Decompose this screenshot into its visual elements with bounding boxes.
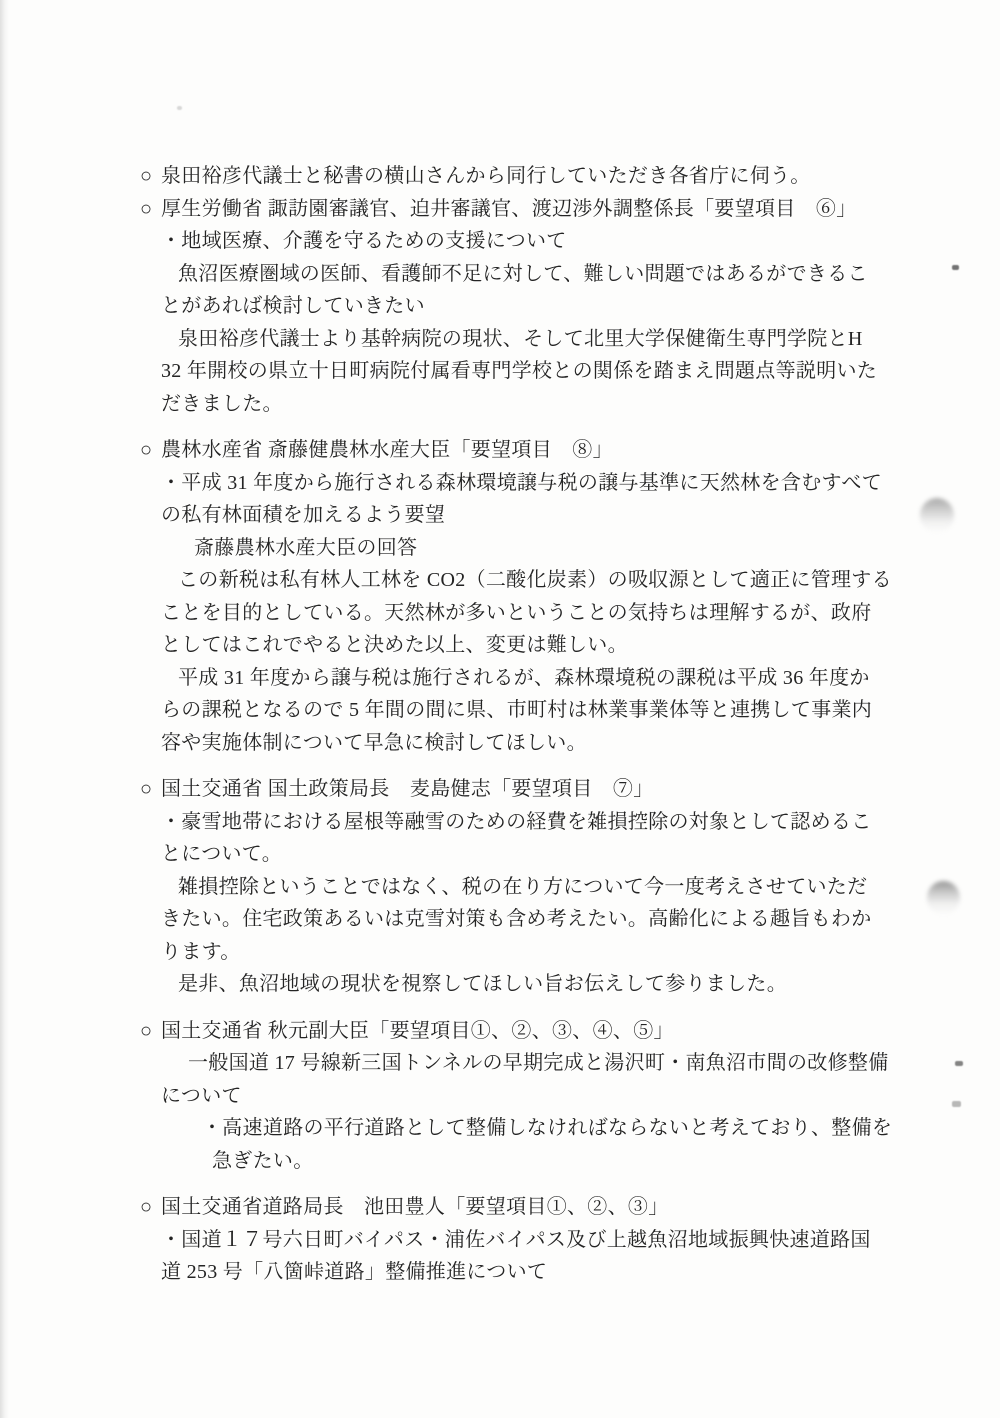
- line-text: 平成 31 年度から譲与税は施行されるが、森林環境税の課税は平成 36 年度か: [178, 667, 870, 689]
- line-text: らの課税となるので 5 年間の間に県、市町村は林業事業体等と連携して事業内: [161, 699, 872, 721]
- line-text: 魚沼医療圏域の医師、看護師不足に対して、難しい問題ではあるができるこ: [178, 263, 868, 285]
- text-line: ことを目的としている。天然林が多いということの気持ちは理解するが、政府: [0, 597, 1000, 630]
- line-text: 泉田裕彦代議士と秘書の横山さんから同行していただき各省庁に伺う。: [161, 165, 811, 187]
- text-line: ・平成 31 年度から施行される森林環境譲与税の譲与基準に天然林を含むすべて: [0, 467, 1000, 500]
- text-line: ○国土交通省 秋元副大臣「要望項目①、②、③、④、⑤」: [0, 1015, 1000, 1048]
- line-text: 容や実施体制について早急に検討してほしい。: [161, 732, 587, 754]
- line-text: 泉田裕彦代議士より基幹病院の現状、そして北里大学保健衛生専門学院とH: [178, 328, 863, 350]
- line-text: ・豪雪地帯における屋根等融雪のための経費を雑損控除の対象として認めるこ: [161, 811, 872, 833]
- text-line: ・地域医療、介護を守るための支援について: [0, 225, 1000, 258]
- text-line: ○厚生労働省 諏訪園審議官、迫井審議官、渡辺渉外調整係長「要望項目 ⑥」: [0, 193, 1000, 226]
- list-circle-marker: ○: [140, 434, 161, 467]
- line-text: 農林水産省 斎藤健農林水産大臣「要望項目 ⑧」: [161, 439, 613, 461]
- scan-speck: [177, 106, 182, 110]
- line-text: ります。: [161, 941, 241, 963]
- text-line: 魚沼医療圏域の医師、看護師不足に対して、難しい問題ではあるができるこ: [0, 258, 1000, 291]
- line-text: ことを目的としている。天然林が多いということの気持ちは理解するが、政府: [161, 602, 872, 624]
- text-line: について: [0, 1080, 1000, 1113]
- text-line: 泉田裕彦代議士より基幹病院の現状、そして北里大学保健衛生専門学院とH: [0, 323, 1000, 356]
- line-text: とがあれば検討していきたい: [161, 295, 425, 317]
- line-text: の私有林面積を加えるよう要望: [161, 504, 445, 526]
- line-text: ・高速道路の平行道路として整備しなければならないと考えており、整備を: [202, 1117, 892, 1139]
- line-text: 32 年開校の県立十日町病院付属看専門学校との関係を踏まえ問題点等説明いた: [161, 360, 877, 382]
- line-text: 国土交通省 秋元副大臣「要望項目①、②、③、④、⑤」: [161, 1020, 674, 1042]
- line-text: 一般国道 17 号線新三国トンネルの早期完成と湯沢町・南魚沼市間の改修整備: [188, 1052, 889, 1074]
- text-line: ○農林水産省 斎藤健農林水産大臣「要望項目 ⑧」: [0, 434, 1000, 467]
- text-line: だきました。: [0, 388, 1000, 421]
- text-line: この新税は私有林人工林を CO2（二酸化炭素）の吸収源として適正に管理する: [0, 564, 1000, 597]
- text-line: ・国道１７号六日町バイパス・浦佐バイパス及び上越魚沼地域振興快速道路国: [0, 1224, 1000, 1257]
- text-line: ○国土交通省 国土政策局長 麦島健志「要望項目 ⑦」: [0, 773, 1000, 806]
- text-line: 是非、魚沼地域の現状を視察してほしい旨お伝えして参りました。: [0, 968, 1000, 1001]
- text-line: とがあれば検討していきたい: [0, 290, 1000, 323]
- document-section: ○国土交通省道路局長 池田豊人「要望項目①、②、③」・国道１７号六日町バイパス・…: [0, 1191, 1000, 1289]
- line-text: この新税は私有林人工林を CO2（二酸化炭素）の吸収源として適正に管理する: [178, 569, 892, 591]
- document-section: ○国土交通省 国土政策局長 麦島健志「要望項目 ⑦」・豪雪地帯における屋根等融雪…: [0, 773, 1000, 1001]
- line-text: だきました。: [161, 393, 283, 415]
- list-circle-marker: ○: [140, 193, 161, 226]
- text-line: 斎藤農林水産大臣の回答: [0, 532, 1000, 565]
- line-text: 国土交通省道路局長 池田豊人「要望項目①、②、③」: [161, 1196, 669, 1218]
- scan-page: ○泉田裕彦代議士と秘書の横山さんから同行していただき各省庁に伺う。○厚生労働省 …: [0, 0, 1000, 1418]
- line-text: 厚生労働省 諏訪園審議官、迫井審議官、渡辺渉外調整係長「要望項目 ⑥」: [161, 198, 857, 220]
- list-circle-marker: ○: [140, 160, 161, 193]
- line-text: ・地域医療、介護を守るための支援について: [161, 230, 567, 252]
- line-text: について: [161, 1085, 242, 1107]
- document-section: ○国土交通省 秋元副大臣「要望項目①、②、③、④、⑤」一般国道 17 号線新三国…: [0, 1015, 1000, 1178]
- text-line: きたい。住宅政策あるいは克雪対策も含め考えたい。高齢化による趣旨もわか: [0, 903, 1000, 936]
- line-text: としてはこれでやると決めた以上、変更は難しい。: [161, 634, 628, 656]
- list-circle-marker: ○: [140, 1015, 161, 1048]
- text-line: ります。: [0, 936, 1000, 969]
- text-line: ・豪雪地帯における屋根等融雪のための経費を雑損控除の対象として認めるこ: [0, 806, 1000, 839]
- text-line: ○泉田裕彦代議士と秘書の横山さんから同行していただき各省庁に伺う。: [0, 160, 1000, 193]
- list-circle-marker: ○: [140, 1191, 161, 1224]
- text-line: 道 253 号「八箇峠道路」整備推進について: [0, 1256, 1000, 1289]
- document-body: ○泉田裕彦代議士と秘書の横山さんから同行していただき各省庁に伺う。○厚生労働省 …: [0, 160, 1000, 1289]
- text-line: らの課税となるので 5 年間の間に県、市町村は林業事業体等と連携して事業内: [0, 694, 1000, 727]
- text-line: 急ぎたい。: [0, 1145, 1000, 1178]
- line-text: 国土交通省 国土政策局長 麦島健志「要望項目 ⑦」: [161, 778, 654, 800]
- text-line: 容や実施体制について早急に検討してほしい。: [0, 727, 1000, 760]
- text-line: 一般国道 17 号線新三国トンネルの早期完成と湯沢町・南魚沼市間の改修整備: [0, 1047, 1000, 1080]
- list-circle-marker: ○: [140, 773, 161, 806]
- document-section: ○泉田裕彦代議士と秘書の横山さんから同行していただき各省庁に伺う。○厚生労働省 …: [0, 160, 1000, 420]
- text-line: ○国土交通省道路局長 池田豊人「要望項目①、②、③」: [0, 1191, 1000, 1224]
- text-line: ・高速道路の平行道路として整備しなければならないと考えており、整備を: [0, 1112, 1000, 1145]
- line-text: ・平成 31 年度から施行される森林環境譲与税の譲与基準に天然林を含むすべて: [161, 472, 882, 494]
- line-text: 道 253 号「八箇峠道路」整備推進について: [161, 1261, 547, 1283]
- line-text: 是非、魚沼地域の現状を視察してほしい旨お伝えして参りました。: [178, 973, 787, 995]
- text-line: 雑損控除ということではなく、税の在り方について今一度考えさせていただ: [0, 871, 1000, 904]
- document-section: ○農林水産省 斎藤健農林水産大臣「要望項目 ⑧」・平成 31 年度から施行される…: [0, 434, 1000, 759]
- line-text: 雑損控除ということではなく、税の在り方について今一度考えさせていただ: [178, 876, 867, 898]
- line-text: 斎藤農林水産大臣の回答: [194, 537, 417, 559]
- text-line: 32 年開校の県立十日町病院付属看専門学校との関係を踏まえ問題点等説明いた: [0, 355, 1000, 388]
- text-line: の私有林面積を加えるよう要望: [0, 499, 1000, 532]
- line-text: 急ぎたい。: [212, 1150, 314, 1172]
- line-text: とについて。: [161, 843, 282, 865]
- line-text: きたい。住宅政策あるいは克雪対策も含め考えたい。高齢化による趣旨もわか: [161, 908, 872, 930]
- text-line: 平成 31 年度から譲与税は施行されるが、森林環境税の課税は平成 36 年度か: [0, 662, 1000, 695]
- text-line: とについて。: [0, 838, 1000, 871]
- line-text: ・国道１７号六日町バイパス・浦佐バイパス及び上越魚沼地域振興快速道路国: [161, 1229, 871, 1251]
- text-line: としてはこれでやると決めた以上、変更は難しい。: [0, 629, 1000, 662]
